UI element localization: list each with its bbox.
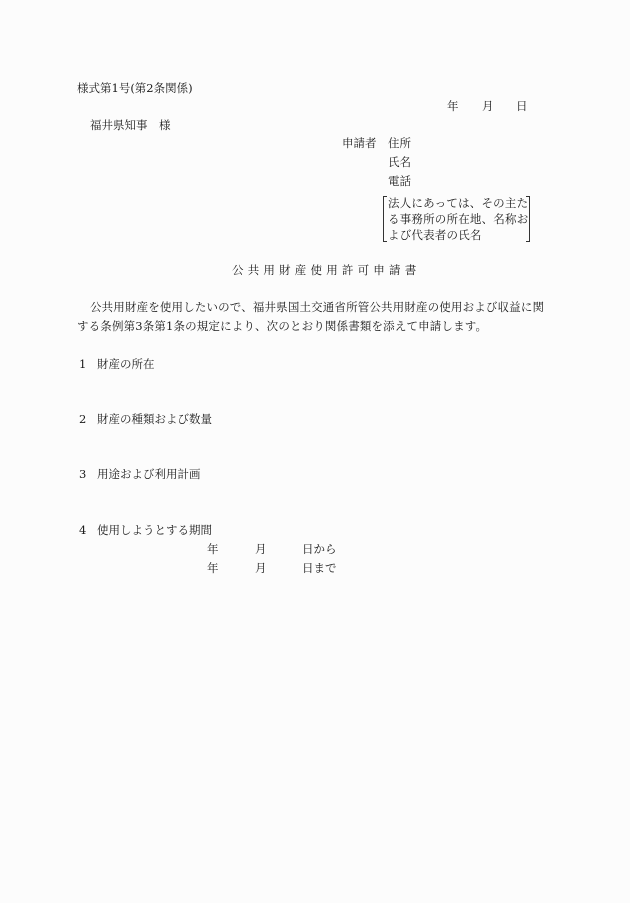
date-day-label: 日 xyxy=(516,99,528,113)
section-label: 使用しようとする期間 xyxy=(97,523,212,537)
period-to-day: 日まで xyxy=(302,561,337,575)
period-from-month: 月 xyxy=(255,542,267,556)
body-paragraph-line: 公共用財産を使用したいので、福井県国土交通省所管公共用財産の使用および収益に関 xyxy=(90,300,544,314)
corporate-note-line: る事務所の所在地、名称お xyxy=(388,212,528,226)
document-title: 公共用財産使用許可申請書 xyxy=(232,263,420,277)
form-number: 様式第1号(第2条関係) xyxy=(77,81,193,95)
applicant-label: 申請者 xyxy=(342,136,377,150)
period-to-year: 年 xyxy=(207,561,219,575)
body-paragraph-line: する条例第3条第1条の規定により、次のとおり関係書類を添えて申請します。 xyxy=(77,319,487,333)
section-label: 財産の種類および数量 xyxy=(97,412,212,426)
left-bracket xyxy=(383,196,387,242)
date-year-label: 年 xyxy=(447,99,459,113)
corporate-note-bracket: 法人にあっては、その主た る事務所の所在地、名称お よび代表者の氏名 xyxy=(383,196,530,242)
section-number: 4 xyxy=(79,523,86,537)
phone-label: 電話 xyxy=(388,174,411,188)
section-label: 用途および利用計画 xyxy=(97,467,201,481)
section-label: 財産の所在 xyxy=(97,357,155,371)
corporate-note-line: 法人にあっては、その主た xyxy=(388,196,528,210)
name-label: 氏名 xyxy=(388,155,411,169)
date-month-label: 月 xyxy=(482,99,494,113)
address-label: 住所 xyxy=(388,136,411,150)
period-from-year: 年 xyxy=(207,542,219,556)
corporate-note-line: よび代表者の氏名 xyxy=(388,228,482,242)
period-from-day: 日から xyxy=(302,542,337,556)
period-to-month: 月 xyxy=(255,561,267,575)
addressee: 福井県知事 様 xyxy=(90,118,171,132)
section-number: 3 xyxy=(79,467,86,481)
section-number: 2 xyxy=(79,412,86,426)
section-number: 1 xyxy=(79,357,86,371)
